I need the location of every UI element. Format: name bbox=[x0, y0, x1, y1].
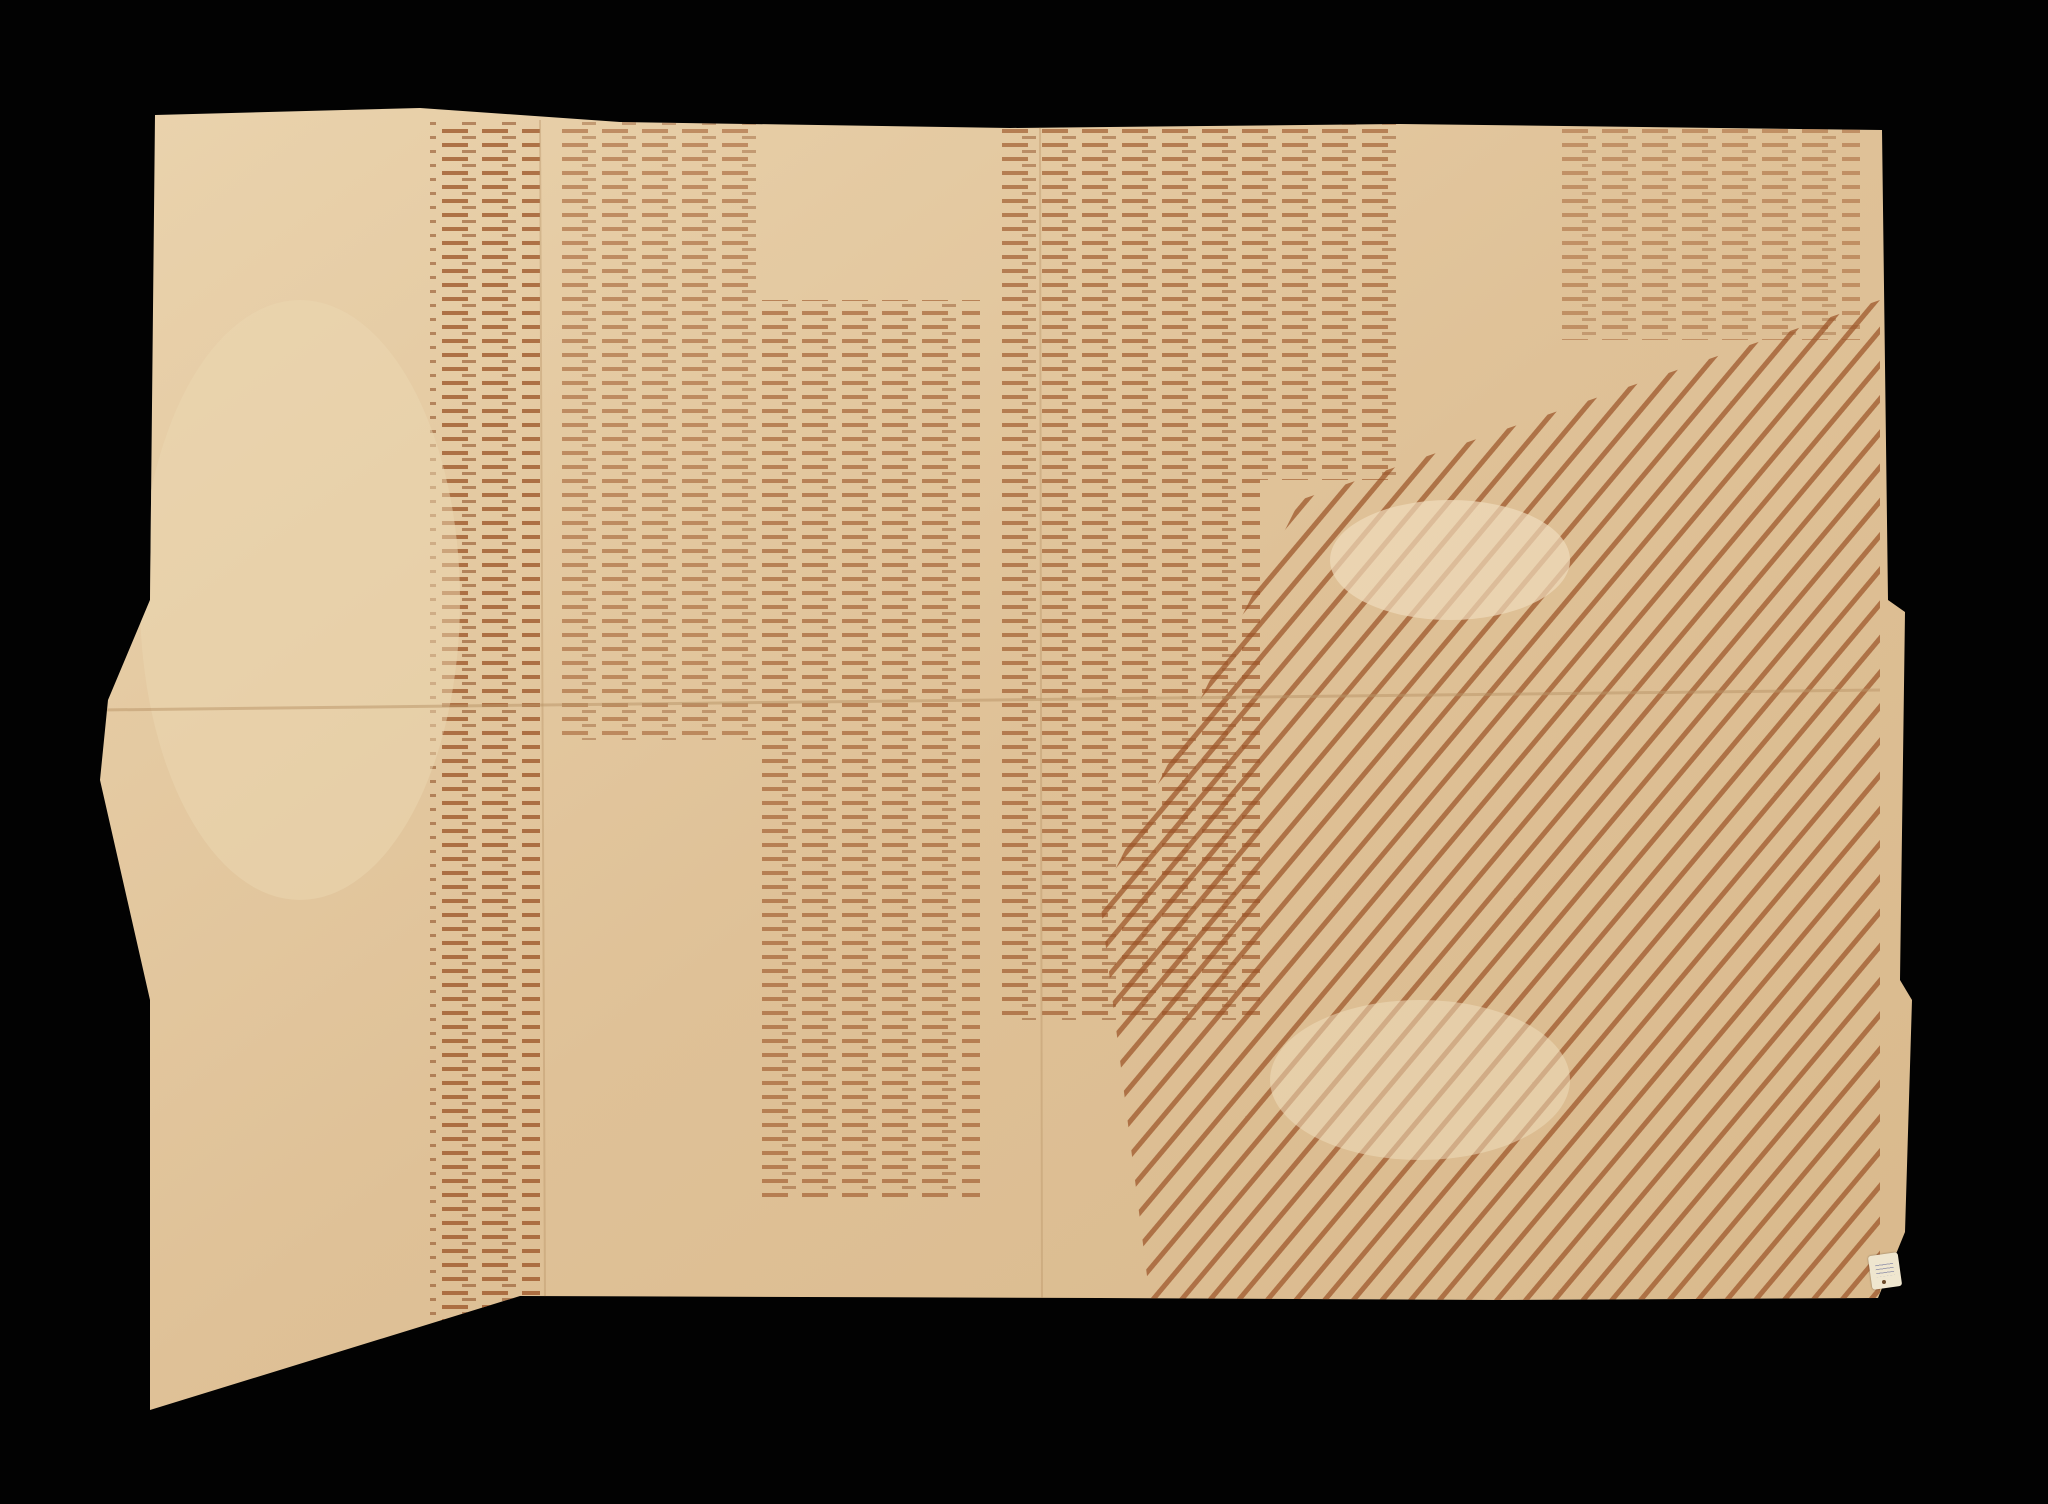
attached-paper-label bbox=[1868, 1252, 1902, 1290]
photo-background bbox=[0, 0, 2048, 1504]
bark-cloth-textile bbox=[0, 0, 2048, 1504]
label-string-hole bbox=[1882, 1280, 1886, 1284]
